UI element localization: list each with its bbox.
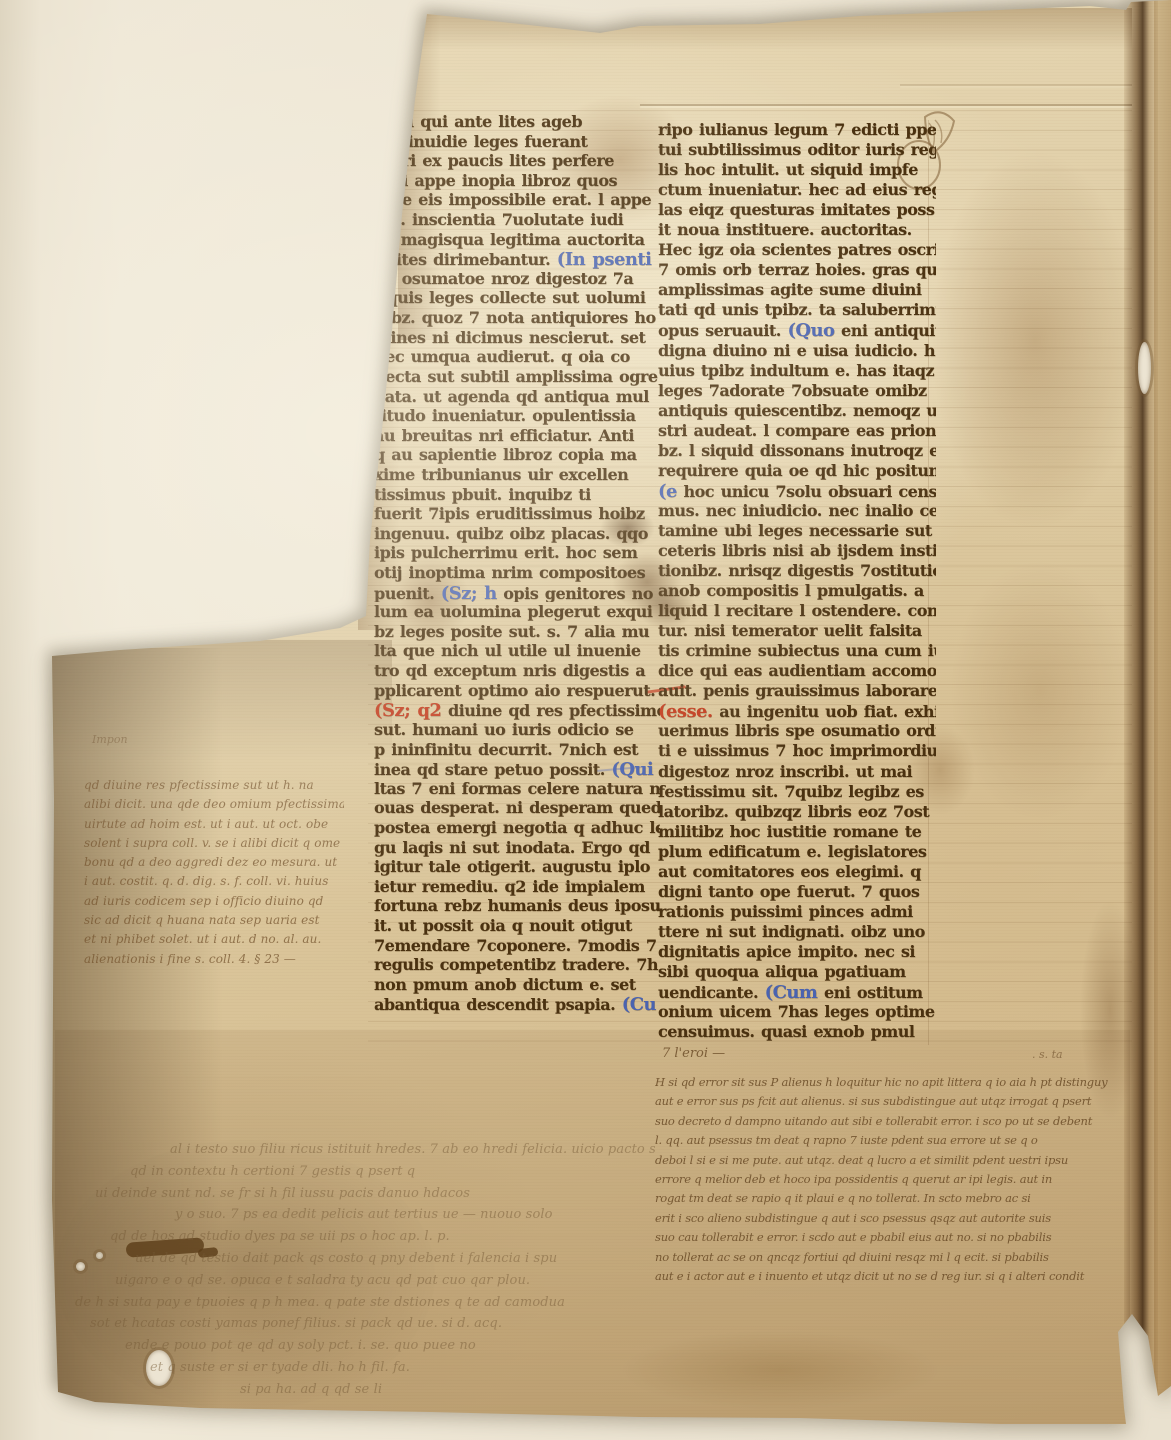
text-segment: eni antiquitas bbox=[834, 321, 936, 340]
text-line: ante eis impossibile erat. l appe bbox=[374, 190, 660, 210]
text-line: ripo iulianus legum 7 edicti ppe bbox=[658, 120, 936, 140]
text-segment: ietur remediu. q2 ide impialem bbox=[374, 877, 645, 896]
text-line: remi qui ante lites ageb bbox=[374, 112, 660, 132]
text-segment: mines ni dicimus nescierut. set bbox=[374, 328, 645, 347]
text-segment: militibz hoc iustitie romane te bbox=[658, 822, 921, 841]
blue-initial: (Cu bbox=[622, 994, 656, 1014]
text-line: fortuna rebz humanis deus iposu bbox=[374, 896, 660, 916]
text-segment: las eiqz questuras imitates poss bbox=[658, 200, 934, 219]
text-segment: stri audeat. l compare eas prion bbox=[658, 421, 936, 440]
text-line: uigaro e o qd se. opuca e t saladra ty a… bbox=[55, 1273, 655, 1295]
blue-initial: (Cum bbox=[765, 982, 818, 1002]
text-segment: ad iuris codicem sep i officio diuino qd bbox=[84, 894, 323, 908]
text-segment: errore q melior deb et hoco ipa possiden… bbox=[655, 1172, 1052, 1186]
text-line: llecta sut subtil amplissima ogre bbox=[374, 367, 660, 387]
text-segment: amplissimas agite sume diuini bbox=[658, 280, 921, 299]
text-line: ende e pouo pot qe qd ay soly pct. i. se… bbox=[55, 1338, 655, 1360]
text-segment: erit i sco alieno subdistingue q aut i s… bbox=[655, 1211, 1051, 1225]
text-line: digni tanto ope fuerut. 7 quos bbox=[658, 882, 936, 902]
text-line: et ni phibet solet. ut i aut. d no. al. … bbox=[84, 932, 344, 951]
text-segment: sic ad dicit q huana nata sep uaria est bbox=[84, 913, 320, 927]
text-segment: tui subtilissimus oditor iuris regu bbox=[658, 140, 936, 159]
blue-initial: (e bbox=[658, 481, 677, 501]
text-segment: ctum inueniatur. hec ad eius regu bbox=[658, 180, 936, 199]
text-line: uel de qd testio dait pack qs costo q pn… bbox=[55, 1251, 655, 1273]
text-line: opus seruauit. (Quo eni antiquitas bbox=[658, 320, 936, 340]
text-segment: mus. nec iniudicio. nec inalio cer bbox=[658, 501, 936, 520]
text-segment: p ininfinitu decurrit. 7nich est bbox=[374, 740, 638, 759]
text-line: abantiqua descendit psapia. (Cu bbox=[374, 994, 660, 1014]
text-line: bonu qd a deo aggredi dez eo mesura. ut bbox=[84, 855, 344, 874]
bottom-right-gloss: H si qd error sit sus P alienus h loquit… bbox=[655, 1075, 1135, 1288]
text-line: latoribz. quibzqz libris eoz 7ost bbox=[658, 802, 936, 822]
text-line: erit i sco alieno subdistingue q aut i s… bbox=[655, 1211, 1135, 1230]
text-line: tiquis leges collecte sut uolumi bbox=[374, 288, 660, 308]
parchment-leaf: remi qui ante lites agebket inuidie lege… bbox=[0, 0, 1171, 1440]
text-line: ceteris libris nisi ab ijsdem institu bbox=[658, 541, 936, 561]
text-line: antiquis quiescentibz. nemoqz ue bbox=[658, 401, 936, 421]
adjacent-leaf-strip bbox=[1154, 0, 1171, 1402]
text-line: H si qd error sit sus P alienus h loquit… bbox=[655, 1075, 1135, 1094]
text-line: qd de hos ad studio dyes pa se uii ps o … bbox=[55, 1229, 655, 1251]
text-segment: cij magisqua legitima auctorita bbox=[374, 230, 644, 249]
margin-gloss-left: qd diuine res pfectissime sut ut h. naal… bbox=[84, 778, 344, 971]
text-line: ket inuidie leges fuerant bbox=[374, 132, 660, 152]
text-line: nibz. quoz 7 nota antiquiores ho bbox=[374, 308, 660, 328]
text-segment: uel de qd testio dait pack qs costo q pn… bbox=[135, 1251, 557, 1266]
text-line: pplicarent optimo aio respuerut. bbox=[374, 681, 660, 701]
text-line: i aut. costit. q. d. dig. s. f. coll. vi… bbox=[84, 874, 344, 893]
text-segment: ende e pouo pot qe qd ay soly pct. i. se… bbox=[125, 1338, 476, 1353]
text-line: sut. humani uo iuris odicio se bbox=[374, 720, 660, 740]
text-segment: opis genitores no so bbox=[497, 584, 660, 603]
text-segment: gata. ut agenda qd antiqua mul bbox=[374, 387, 649, 406]
text-segment: suo cau tollerabit e error. i scdo aut e… bbox=[655, 1230, 1051, 1244]
text-segment: aut comitatores eos elegimi. q bbox=[658, 862, 921, 881]
text-line: gata. ut agenda qd antiqua mul bbox=[374, 387, 660, 407]
text-segment: postea emergi negotia q adhuc le bbox=[374, 818, 660, 837]
text-segment: et ni phibet solet. ut i aut. d no. al. … bbox=[84, 932, 321, 946]
text-line: uerimus libris spe osumatio ordia bbox=[658, 721, 936, 741]
text-line: 7emendare 7coponere. 7modis 7 bbox=[374, 936, 660, 956]
text-segment: qd diuine res pfectissime sut ut h. na bbox=[84, 778, 314, 792]
text-line: plum edificatum e. legislatores bbox=[658, 842, 936, 862]
text-segment: sut. humani uo iuris odicio se bbox=[374, 720, 633, 739]
rubric-initial: (Sz; q2 bbox=[374, 700, 441, 720]
text-line: 7 omis orb terraz hoies. gras quidem bbox=[658, 260, 936, 280]
rubric-initial: (esse. bbox=[658, 701, 713, 721]
text-segment: xime tribunianus uir excellen bbox=[374, 465, 628, 484]
text-line: tro qd exceptum nris digestis a bbox=[374, 661, 660, 681]
text-line: sic ad dicit q huana nata sep uaria est bbox=[84, 913, 344, 932]
text-line: digna diuino ni e uisa iudicio. h bbox=[658, 341, 936, 361]
text-segment: sot et hcatas costi yamas ponef filius. … bbox=[90, 1316, 502, 1331]
crease-line bbox=[640, 104, 1132, 106]
text-line: ingenuu. quibz oibz placas. qqo bbox=[374, 524, 660, 544]
text-segment: censuimus. quasi exnob pmul bbox=[658, 1022, 914, 1041]
text-segment: uerimus libris spe osumatio ordia bbox=[658, 721, 936, 740]
text-line: l. qq. aut psessus tm deat q rapno 7 ius… bbox=[655, 1133, 1135, 1152]
text-segment: tiquis leges collecte sut uolumi bbox=[374, 288, 645, 307]
text-segment: al i testo suo filiu ricus istituit hred… bbox=[170, 1142, 655, 1157]
text-segment: ceteris libris nisi ab ijsdem institu bbox=[658, 541, 936, 560]
text-segment: aut e i actor aut e i inuento et utqz di… bbox=[655, 1269, 1084, 1283]
text-segment: Hec igz oia scientes patres oscripti. bbox=[658, 240, 936, 259]
text-line: ui deinde sunt nd. se fr si h fil iussu … bbox=[55, 1186, 655, 1208]
parchment-leaf-wrap: remi qui ante lites agebket inuidie lege… bbox=[0, 0, 1171, 1440]
text-segment: titudo inueniatur. opulentissia bbox=[374, 406, 635, 425]
text-segment: de h si suta pay e tpuoies q p h mea. q … bbox=[75, 1295, 565, 1310]
text-line: ad iuris codicem sep i officio diuino qd bbox=[84, 894, 344, 913]
text-line: q au sapientie libroz copia ma bbox=[374, 445, 660, 465]
text-segment: solent i supra coll. v. se i alibi dicit… bbox=[84, 836, 340, 850]
text-segment: anob compositis l pmulgatis. a bbox=[658, 581, 924, 600]
text-segment: si pa ha. ad q qd se li bbox=[240, 1382, 382, 1397]
text-line: tui subtilissimus oditor iuris regu bbox=[658, 140, 936, 160]
text-line: rogat tm deat se rapio q it plaui e q no… bbox=[655, 1191, 1135, 1210]
text-line: digestoz nroz inscribi. ut mai bbox=[658, 762, 936, 782]
text-segment: regulis competentibz tradere. 7h bbox=[374, 955, 658, 974]
text-segment: ripo iulianus legum 7 edicti ppe bbox=[658, 120, 936, 139]
text-segment: et. i appe inopia libroz quos bbox=[374, 171, 617, 190]
text-line: au osumatoe nroz digestoz 7a bbox=[374, 269, 660, 289]
gloss-heading-right: . s. ta bbox=[1032, 1048, 1063, 1061]
blue-initial: (In psenti bbox=[557, 249, 652, 269]
text-line: e lites dirimebantur. (In psenti bbox=[374, 249, 660, 269]
text-line: las eiqz questuras imitates poss bbox=[658, 200, 936, 220]
text-segment: ante eis impossibile erat. l appe bbox=[374, 190, 651, 209]
text-line: uirtute ad hoim est. ut i aut. ut oct. o… bbox=[84, 817, 344, 836]
text-segment: bz leges posite sut. s. 7 alia mu bbox=[374, 622, 649, 641]
text-segment: bonu qd a deo aggredi dez eo mesura. ut bbox=[84, 855, 337, 869]
text-segment: H si qd error sit sus P alienus h loquit… bbox=[655, 1075, 1107, 1089]
text-column-2: ripo iulianus legum 7 edicti ppetui subt… bbox=[658, 120, 936, 1042]
text-segment: alienationis i fine s. coll. 4. § 23 — bbox=[84, 952, 296, 966]
text-line: e. tri ex paucis lites perfere bbox=[374, 151, 660, 171]
text-segment: tionibz. nrisqz digestis 7ostitutioibz bbox=[658, 561, 936, 580]
text-line: lta que nich ul utile ul inuenie bbox=[374, 641, 660, 661]
text-line: mines ni dicimus nescierut. set bbox=[374, 328, 660, 348]
text-segment: pplicarent optimo aio respuerut. bbox=[374, 681, 655, 700]
text-segment: inea qd stare petuo possit. bbox=[374, 760, 611, 779]
text-segment: lta que nich ul utile ul inuenie bbox=[374, 641, 641, 660]
text-segment: digestoz nroz inscribi. ut mai bbox=[658, 762, 912, 781]
text-segment: opus seruauit. bbox=[658, 321, 787, 340]
text-line: (e hoc unicu 7solu obsuari cense bbox=[658, 481, 936, 501]
text-line: tissimus pbuit. inquibz ti bbox=[374, 485, 660, 505]
manuscript-photo: remi qui ante lites agebket inuidie lege… bbox=[0, 0, 1171, 1440]
text-segment: rogat tm deat se rapio q it plaui e q no… bbox=[655, 1191, 1031, 1205]
text-line: festissimu sit. 7quibz legibz es bbox=[658, 782, 936, 802]
text-line: it. ut possit oia q nouit otigut bbox=[374, 916, 660, 936]
text-line: qd in contextu h certioni 7 gestis q pse… bbox=[55, 1164, 655, 1186]
text-segment: deboi l si e si me pute. aut utqz. deat … bbox=[655, 1153, 1068, 1167]
text-line: ipis pulcherrimu erit. hoc sem bbox=[374, 543, 660, 563]
text-segment: ltas 7 eni formas celere natura n bbox=[374, 779, 660, 798]
text-segment: remi qui ante lites ageb bbox=[374, 112, 582, 131]
text-line: xime tribunianus uir excellen bbox=[374, 465, 660, 485]
text-line: militibz hoc iustitie romane te bbox=[658, 822, 936, 842]
text-segment: antiquis quiescentibz. nemoqz ue bbox=[658, 401, 936, 420]
text-segment: abantiqua descendit psapia. bbox=[374, 995, 622, 1014]
text-line: au breuitas nri efficiatur. Anti bbox=[374, 426, 660, 446]
text-line: postea emergi negotia q adhuc le bbox=[374, 818, 660, 838]
text-segment: ui deinde sunt nd. se fr si h fil iussu … bbox=[95, 1186, 470, 1201]
text-line: non pmum anob dictum e. set bbox=[374, 975, 660, 995]
crease-line-faint bbox=[900, 84, 1132, 86]
text-segment: nec umqua audierut. q oia co bbox=[374, 347, 630, 366]
text-line: onium uicem 7has leges optime bbox=[658, 1002, 936, 1022]
text-segment: llecta sut subtil amplissima ogre bbox=[374, 367, 658, 386]
text-segment: fortuna rebz humanis deus iposu bbox=[374, 896, 660, 915]
text-line: requirere quia oe qd hic positum bbox=[658, 461, 936, 481]
text-segment: ti e uissimus 7 hoc imprimordius bbox=[658, 741, 936, 760]
text-segment: y o suo. 7 ps ea dedit pelicis aut terti… bbox=[175, 1207, 553, 1222]
text-line: al i testo suo filiu ricus istituit hred… bbox=[55, 1142, 655, 1164]
text-line: anob compositis l pmulgatis. a bbox=[658, 581, 936, 601]
text-segment: lis hoc intulit. ut siquid impfe bbox=[658, 160, 918, 179]
text-line: dice qui eas audientiam accomod bbox=[658, 661, 936, 681]
text-line: bz. l siquid dissonans inutroqz e bbox=[658, 441, 936, 461]
text-line: tur. nisi temerator uelit falsita bbox=[658, 621, 936, 641]
text-segment: tamine ubi leges necessarie sut ex bbox=[658, 521, 936, 540]
text-segment: gu laqis ni sut inodata. Ergo qd bbox=[374, 838, 650, 857]
text-segment: au breuitas nri efficiatur. Anti bbox=[374, 426, 634, 445]
text-line: de h si suta pay e tpuoies q p h mea. q … bbox=[55, 1295, 655, 1317]
text-line: ietur remediu. q2 ide impialem bbox=[374, 877, 660, 897]
text-segment: leges 7adorate 7obsuate omibz bbox=[658, 381, 927, 400]
text-line: p ininfinitu decurrit. 7nich est bbox=[374, 740, 660, 760]
text-segment: fuerit 7ipis eruditissimus hoibz bbox=[374, 504, 645, 523]
text-line: errore q melior deb et hoco ipa possiden… bbox=[655, 1172, 1135, 1191]
text-segment: suo decreto d dampno uitando aut sibi e … bbox=[655, 1114, 1092, 1128]
text-segment: tro qd exceptum nris digestis a bbox=[374, 661, 645, 680]
text-line: sot et hcatas costi yamas ponef filius. … bbox=[55, 1316, 655, 1338]
text-segment: q au sapientie libroz copia ma bbox=[374, 445, 637, 464]
text-segment: tur. nisi temerator uelit falsita bbox=[658, 621, 922, 640]
text-line: tionibz. nrisqz digestis 7ostitutioibz bbox=[658, 561, 936, 581]
text-line: suo cau tollerabit e error. i scdo aut e… bbox=[655, 1230, 1135, 1249]
text-segment: tati qd unis tpibz. ta saluberrimus bbox=[658, 300, 936, 319]
text-segment: puenit. bbox=[374, 584, 441, 603]
text-line: ltas 7 eni formas celere natura n bbox=[374, 779, 660, 799]
text-segment: tis crimine subiectus una cum iu bbox=[658, 641, 936, 660]
text-line: tamine ubi leges necessarie sut ex bbox=[658, 521, 936, 541]
text-segment: nibz. quoz 7 nota antiquiores ho bbox=[374, 308, 656, 327]
text-line: lum ea uolumina plegerut exqui bbox=[374, 602, 660, 622]
text-segment: lum ea uolumina plegerut exqui bbox=[374, 602, 652, 621]
text-segment: rationis puissimi pinces admi bbox=[658, 902, 913, 921]
text-segment: ket inuidie leges fuerant bbox=[374, 132, 587, 151]
text-segment: tissimus pbuit. inquibz ti bbox=[374, 485, 591, 504]
text-line: stri audeat. l compare eas prion bbox=[658, 421, 936, 441]
text-segment: hoc unicu 7solu obsuari cense bbox=[677, 482, 936, 501]
text-segment: 7emendare 7coponere. 7modis 7 bbox=[374, 936, 656, 955]
text-segment: am. inscientia 7uolutate iudi bbox=[374, 210, 623, 229]
text-segment: aut e error sus ps fcit aut alienus. si … bbox=[655, 1094, 1091, 1108]
bottom-left-gloss: al i testo suo filiu ricus istituit hred… bbox=[55, 1142, 655, 1404]
text-segment: i aut. costit. q. d. dig. s. f. coll. vi… bbox=[84, 874, 328, 888]
margin-word: Impon bbox=[92, 733, 128, 746]
text-line: Hec igz oia scientes patres oscripti. bbox=[658, 240, 936, 260]
blue-initial: (Quo bbox=[787, 320, 834, 340]
text-segment: au ingenitu uob fiat. exhib bbox=[713, 702, 936, 721]
text-segment: uirtute ad hoim est. ut i aut. ut oct. o… bbox=[84, 817, 328, 831]
text-segment: dignitatis apice impito. nec si bbox=[658, 942, 915, 961]
text-line: censuimus. quasi exnob pmul bbox=[658, 1022, 936, 1042]
text-segment: dice qui eas audientiam accomod bbox=[658, 661, 936, 680]
text-segment: l. qq. aut psessus tm deat q rapno 7 ius… bbox=[655, 1133, 1038, 1147]
text-segment: au osumatoe nroz digestoz 7a bbox=[374, 269, 633, 288]
text-line: fuerit 7ipis eruditissimus hoibz bbox=[374, 504, 660, 524]
text-line: lis hoc intulit. ut siquid impfe bbox=[658, 160, 936, 180]
text-line: tati qd unis tpibz. ta saluberrimus bbox=[658, 300, 936, 320]
text-segment: ouas desperat. ni desperam queda bbox=[374, 798, 660, 817]
text-line: ti e uissimus 7 hoc imprimordius bbox=[658, 741, 936, 761]
text-line: inea qd stare petuo possit. (Qui bbox=[374, 759, 660, 779]
text-line: si pa ha. ad q qd se li bbox=[55, 1382, 655, 1404]
text-segment: qd in contextu h certioni 7 gestis q pse… bbox=[130, 1164, 415, 1179]
text-line: solent i supra coll. v. se i alibi dicit… bbox=[84, 836, 344, 855]
text-line: deboi l si e si me pute. aut utqz. deat … bbox=[655, 1153, 1135, 1172]
text-line: amplissimas agite sume diuini bbox=[658, 280, 936, 300]
text-line: rationis puissimi pinces admi bbox=[658, 902, 936, 922]
text-line: et q suste er si er tyade dli. ho h fil.… bbox=[55, 1360, 655, 1382]
text-segment: otij inoptima nrim compositoes bbox=[374, 563, 645, 582]
text-segment: bz. l siquid dissonans inutroqz e bbox=[658, 441, 936, 460]
text-line: auit. penis grauissimus laborare. bbox=[658, 681, 936, 701]
text-segment: festissimu sit. 7quibz legibz es bbox=[658, 782, 924, 801]
text-line: puenit. (Sz; h opis genitores no so bbox=[374, 583, 660, 603]
text-line: leges 7adorate 7obsuate omibz bbox=[658, 381, 936, 401]
text-segment: non pmum anob dictum e. set bbox=[374, 975, 636, 994]
text-line: tis crimine subiectus una cum iu bbox=[658, 641, 936, 661]
text-line: otij inoptima nrim compositoes bbox=[374, 563, 660, 583]
text-segment: requirere quia oe qd hic positum bbox=[658, 461, 936, 480]
text-line: aut comitatores eos elegimi. q bbox=[658, 862, 936, 882]
text-line: aut e error sus ps fcit aut alienus. si … bbox=[655, 1094, 1135, 1113]
text-segment: digni tanto ope fuerut. 7 quos bbox=[658, 882, 919, 901]
text-segment: alibi dicit. una qde deo omium pfectissi… bbox=[84, 797, 344, 811]
text-segment: eni ostitum bbox=[817, 983, 922, 1002]
text-line: sibi quoqua aliqua pgatiuam bbox=[658, 962, 936, 982]
text-line: qd diuine res pfectissime sut ut h. na bbox=[84, 778, 344, 797]
text-line: et. i appe inopia libroz quos bbox=[374, 171, 660, 191]
text-segment: igitur tale otigerit. augustu iplo bbox=[374, 857, 650, 876]
text-column-1: remi qui ante lites agebket inuidie lege… bbox=[374, 112, 660, 1014]
fold-hole bbox=[1138, 342, 1151, 394]
text-segment: plum edificatum e. legislatores bbox=[658, 842, 926, 861]
gloss-heading-left: 7 l'eroi — bbox=[662, 1046, 725, 1061]
text-segment: it noua instituere. auctoritas. bbox=[658, 220, 912, 239]
text-line: am. inscientia 7uolutate iudi bbox=[374, 210, 660, 230]
text-segment: sibi quoqua aliqua pgatiuam bbox=[658, 962, 906, 981]
text-line: it noua instituere. auctoritas. bbox=[658, 220, 936, 240]
text-segment: e lites dirimebantur. bbox=[374, 250, 557, 269]
text-line: no tollerat ac se on qncqz fortiui qd di… bbox=[655, 1250, 1135, 1269]
text-segment: liquid l recitare l ostendere. cone bbox=[658, 601, 936, 620]
text-segment: qd de hos ad studio dyes pa se uii ps o … bbox=[110, 1229, 450, 1244]
text-line: (Sz; q2 diuine qd res pfectissime bbox=[374, 700, 660, 720]
text-line: dignitatis apice impito. nec si bbox=[658, 942, 936, 962]
text-line: regulis competentibz tradere. 7h bbox=[374, 955, 660, 975]
text-segment: ipis pulcherrimu erit. hoc sem bbox=[374, 543, 637, 562]
text-segment: e. tri ex paucis lites perfere bbox=[374, 151, 614, 170]
text-line: gu laqis ni sut inodata. Ergo qd bbox=[374, 838, 660, 858]
text-line: liquid l recitare l ostendere. cone bbox=[658, 601, 936, 621]
text-line: ouas desperat. ni desperam queda bbox=[374, 798, 660, 818]
text-segment: latoribz. quibzqz libris eoz 7ost bbox=[658, 802, 929, 821]
text-segment: diuine qd res pfectissime bbox=[441, 701, 660, 720]
text-segment: et q suste er si er tyade dli. ho h fil.… bbox=[150, 1360, 410, 1375]
text-line: mus. nec iniudicio. nec inalio cer bbox=[658, 501, 936, 521]
text-segment: ingenuu. quibz oibz placas. qqo bbox=[374, 524, 648, 543]
text-line: ttere ni sut indignati. oibz uno bbox=[658, 922, 936, 942]
text-segment: uigaro e o qd se. opuca e t saladra ty a… bbox=[115, 1273, 530, 1288]
text-line: suo decreto d dampno uitando aut sibi e … bbox=[655, 1114, 1135, 1133]
text-line: ctum inueniatur. hec ad eius regu bbox=[658, 180, 936, 200]
text-segment: onium uicem 7has leges optime bbox=[658, 1002, 935, 1021]
text-line: nec umqua audierut. q oia co bbox=[374, 347, 660, 367]
text-segment: digna diuino ni e uisa iudicio. h bbox=[658, 341, 935, 360]
text-segment: it. ut possit oia q nouit otigut bbox=[374, 916, 632, 935]
text-segment: uendicante. bbox=[658, 983, 765, 1002]
text-line: alibi dicit. una qde deo omium pfectissi… bbox=[84, 797, 344, 816]
text-line: bz leges posite sut. s. 7 alia mu bbox=[374, 622, 660, 642]
text-line: (esse. au ingenitu uob fiat. exhib bbox=[658, 701, 936, 721]
text-line: uendicante. (Cum eni ostitum bbox=[658, 982, 936, 1002]
text-segment: uius tpibz indultum e. has itaqz bbox=[658, 361, 934, 380]
text-segment: auit. penis grauissimus laborare. bbox=[658, 681, 936, 700]
text-segment: ttere ni sut indignati. oibz uno bbox=[658, 922, 925, 941]
text-line: y o suo. 7 ps ea dedit pelicis aut terti… bbox=[55, 1207, 655, 1229]
blue-initial: (Sz; h bbox=[441, 583, 497, 603]
text-line: uius tpibz indultum e. has itaqz bbox=[658, 361, 936, 381]
blue-initial: (Qui bbox=[611, 759, 653, 779]
text-line: igitur tale otigerit. augustu iplo bbox=[374, 857, 660, 877]
text-line: titudo inueniatur. opulentissia bbox=[374, 406, 660, 426]
text-line: cij magisqua legitima auctorita bbox=[374, 230, 660, 250]
text-segment: 7 omis orb terraz hoies. gras quidem bbox=[658, 260, 936, 279]
text-line: alienationis i fine s. coll. 4. § 23 — bbox=[84, 952, 344, 971]
text-line: aut e i actor aut e i inuento et utqz di… bbox=[655, 1269, 1135, 1288]
text-segment: no tollerat ac se on qncqz fortiui qd di… bbox=[655, 1250, 1049, 1264]
